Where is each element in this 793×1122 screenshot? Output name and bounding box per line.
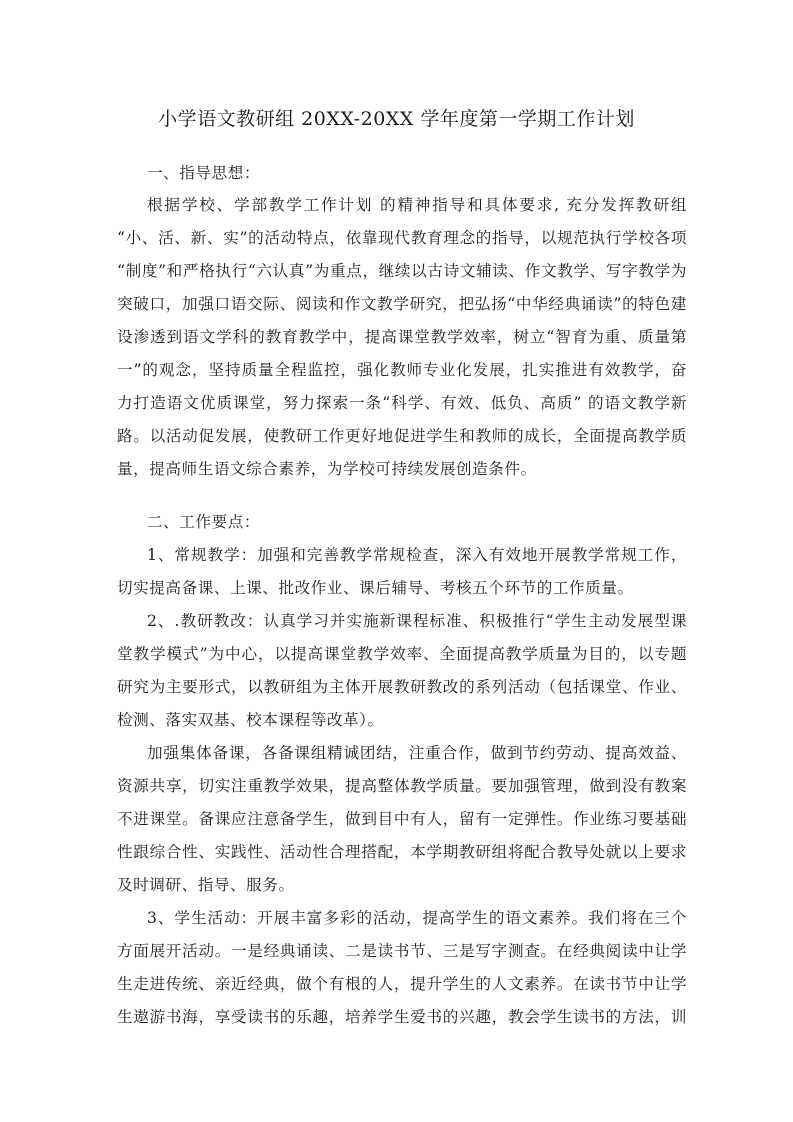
paragraph-line: 检测、落实双基、校本课程等改革）。 (117, 710, 687, 730)
paragraph-line: 路。以活动促发展，使教研工作更好地促进学生和教师的成长，全面提高教学质 (117, 426, 687, 446)
section-heading: 二、工作要点： (147, 512, 717, 532)
paragraph-line: 方面展开活动。一是经典诵读、二是读书节、三是写字测查。在经典阅读中让学 (117, 941, 687, 961)
paragraph-line: “制度”和严格执行“六认真”为重点，继续以古诗文辅读、作文教学、写字教学为 (117, 261, 687, 281)
paragraph-line: 量，提高师生语文综合素养，为学校可持续发展创造条件。 (117, 459, 687, 479)
paragraph-line: 堂教学模式”为中心，以提高课堂教学效率、全面提高教学质量为目的，以专题 (117, 644, 687, 664)
paragraph-line: 2、.教研教改：认真学习并实施新课程标准、积极推行“学生主动发展型课 (147, 611, 687, 631)
paragraph-line: 资源共享，切实注重教学效果，提高整体教学质量。要加强管理，做到没有教案 (117, 776, 687, 796)
paragraph-line: 1、常规教学：加强和完善教学常规检查，深入有效地开展教学常规工作， (147, 545, 687, 565)
paragraph-line: 切实提高备课、上课、批改作业、课后辅导、考核五个环节的工作质量。 (117, 578, 687, 598)
section-heading: 一、指导思想： (147, 163, 717, 183)
paragraph-line: “小、活、新、实”的活动特点，依靠现代教育理念的指导，以规范执行学校各项 (117, 228, 687, 248)
document-page: 小学语文教研组 20XX-20XX 学年度第一学期工作计划 一、指导思想： 根据… (0, 0, 793, 1122)
paragraph-line: 力打造语文优质课堂，努力探索一条“科学、有效、低负、高质” 的语文教学新 (117, 393, 687, 413)
paragraph-line: 3、学生活动：开展丰富多彩的活动，提高学生的语文素养。我们将在三个 (147, 908, 687, 928)
paragraph-line: 加强集体备课，各备课组精诚团结，注重合作，做到节约劳动、提高效益、 (147, 743, 687, 763)
paragraph-line: 设渗透到语文学科的教育教学中，提高课堂教学效率，树立“智育为重、质量第 (117, 327, 687, 347)
paragraph-line: 及时调研、指导、服务。 (117, 875, 687, 895)
paragraph-line: 不进课堂。备课应注意备学生，做到目中有人，留有一定弹性。作业练习要基础 (117, 809, 687, 829)
paragraph-line: 一”的观念，坚持质量全程监控，强化教师专业化发展，扎实推进有效教学，奋 (117, 360, 687, 380)
paragraph-line: 根据学校、学部教学工作计划 的精神指导和具体要求, 充分发挥教研组 (147, 195, 687, 215)
paragraph-line: 突破口，加强口语交际、阅读和作文教学研究，把弘扬“中华经典诵读”的特色建 (117, 294, 687, 314)
paragraph-line: 性跟综合性、实践性、活动性合理搭配，本学期教研组将配合教导处就以上要求 (117, 842, 687, 862)
document-title: 小学语文教研组 20XX-20XX 学年度第一学期工作计划 (0, 104, 793, 131)
paragraph-line: 生遨游书海，享受读书的乐趣，培养学生爱书的兴趣，教会学生读书的方法，训 (117, 1007, 687, 1027)
paragraph-line: 研究为主要形式，以教研组为主体开展教研教改的系列活动（包括课堂、作业、 (117, 677, 687, 697)
paragraph-line: 生走进传统、亲近经典，做个有根的人，提升学生的人文素养。在读书节中让学 (117, 974, 687, 994)
